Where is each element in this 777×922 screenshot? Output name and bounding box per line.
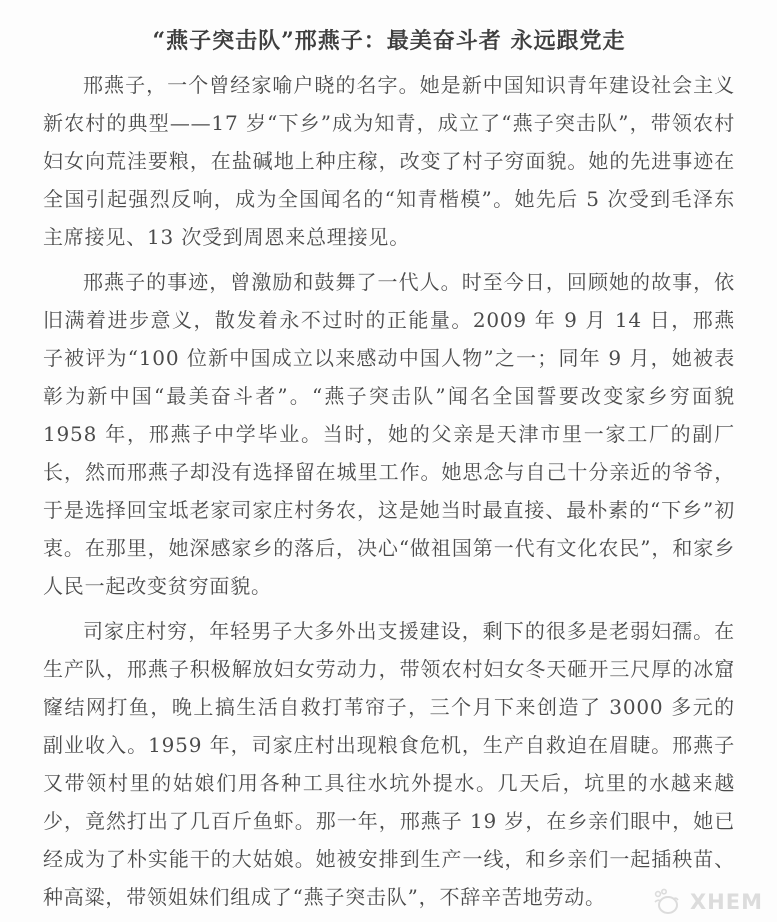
watermark: XHEM bbox=[651, 888, 763, 916]
article-title: “燕子突击队”邢燕子：最美奋斗者 永远跟党走 bbox=[43, 26, 735, 56]
document-page: “燕子突击队”邢燕子：最美奋斗者 永远跟党走 邢燕子，一个曾经家喻户晓的名字。她… bbox=[0, 0, 777, 922]
xhem-logo-icon bbox=[651, 888, 685, 916]
article-paragraph-3: 司家庄村穷，年轻男子大多外出支援建设，剩下的很多是老弱妇孺。在生产队，邢燕子积极… bbox=[43, 612, 735, 916]
article-content: “燕子突击队”邢燕子：最美奋斗者 永远跟党走 邢燕子，一个曾经家喻户晓的名字。她… bbox=[0, 0, 777, 916]
article-paragraph-1: 邢燕子，一个曾经家喻户晓的名字。她是新中国知识青年建设社会主义新农村的典型——1… bbox=[43, 66, 735, 256]
article-paragraph-2: 邢燕子的事迹，曾激励和鼓舞了一代人。时至今日，回顾她的故事，依旧满着进步意义，散… bbox=[43, 263, 735, 605]
watermark-label: XHEM bbox=[690, 890, 763, 914]
